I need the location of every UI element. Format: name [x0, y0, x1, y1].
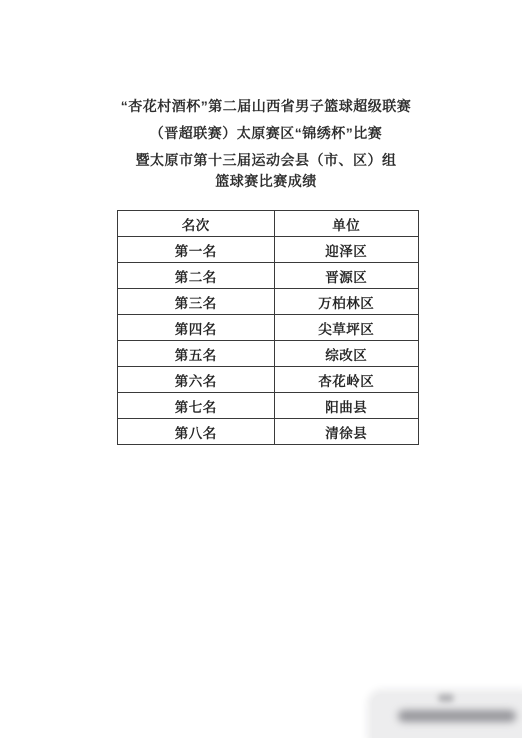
rank-cell: 第六名 — [118, 367, 275, 393]
table-row: 第七名 阳曲县 — [118, 393, 419, 419]
rank-cell: 第八名 — [118, 419, 275, 445]
table-row: 第六名 杏花岭区 — [118, 367, 419, 393]
unit-cell: 综改区 — [274, 341, 418, 367]
unit-cell: 清徐县 — [274, 419, 418, 445]
unit-cell: 万柏林区 — [274, 289, 418, 315]
watermark-text-blur — [398, 710, 516, 722]
rank-cell: 第一名 — [118, 237, 275, 263]
rank-cell: 第七名 — [118, 393, 275, 419]
unit-cell: 阳曲县 — [274, 393, 418, 419]
watermark — [372, 694, 522, 738]
results-table: 名次 单位 第一名 迎泽区 第二名 晋源区 第三名 万柏林区 第四名 尖草坪区 — [117, 210, 419, 445]
rank-cell: 第三名 — [118, 289, 275, 315]
column-header-rank: 名次 — [118, 211, 275, 237]
unit-cell: 杏花岭区 — [274, 367, 418, 393]
table-row: 第八名 清徐县 — [118, 419, 419, 445]
watermark-smudge — [438, 694, 454, 702]
table-row: 第一名 迎泽区 — [118, 237, 419, 263]
title-line-1: “杏花村酒杯”第二届山西省男子篮球超级联赛 — [5, 96, 522, 116]
unit-cell: 尖草坪区 — [274, 315, 418, 341]
title-line-2: （晋超联赛）太原赛区“锦绣杯”比赛 — [5, 123, 522, 143]
rank-cell: 第五名 — [118, 341, 275, 367]
title-line-3: 暨太原市第十三届运动会县（市、区）组 — [5, 150, 522, 170]
table-row: 第五名 综改区 — [118, 341, 419, 367]
title-line-4: 篮球赛比赛成绩 — [5, 171, 522, 191]
unit-cell: 迎泽区 — [274, 237, 418, 263]
table-row: 第二名 晋源区 — [118, 263, 419, 289]
rank-cell: 第二名 — [118, 263, 275, 289]
table-row: 第三名 万柏林区 — [118, 289, 419, 315]
rank-cell: 第四名 — [118, 315, 275, 341]
document-page: “杏花村酒杯”第二届山西省男子篮球超级联赛 （晋超联赛）太原赛区“锦绣杯”比赛 … — [0, 0, 522, 738]
table-row: 第四名 尖草坪区 — [118, 315, 419, 341]
unit-cell: 晋源区 — [274, 263, 418, 289]
table-header-row: 名次 单位 — [118, 211, 419, 237]
column-header-unit: 单位 — [274, 211, 418, 237]
